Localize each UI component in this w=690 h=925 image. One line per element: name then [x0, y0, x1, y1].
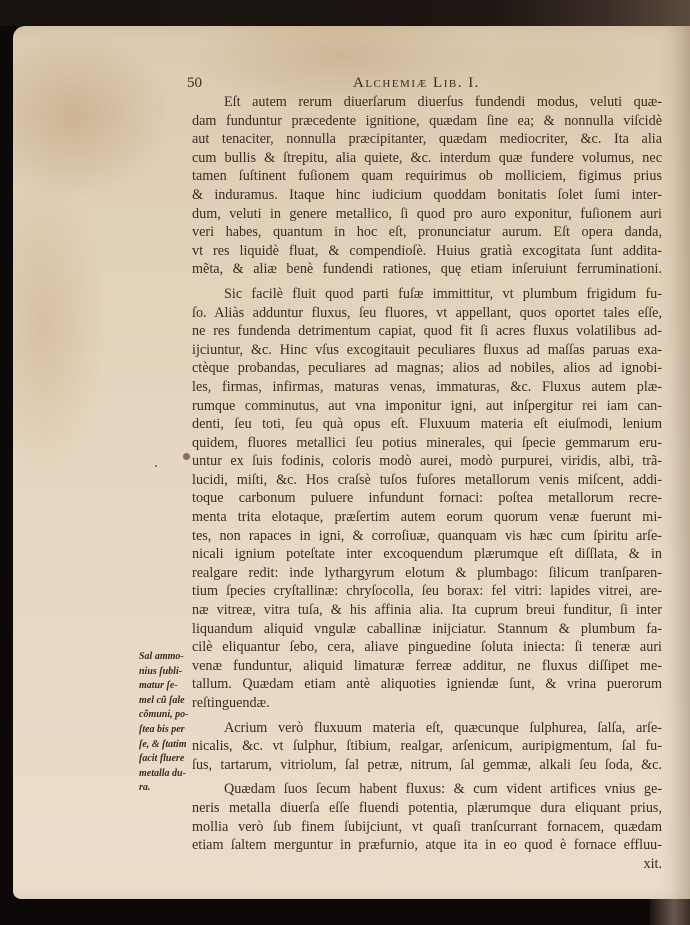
paragraph-1: Eſt autem rerum diuerſarum diuerſus fund…	[192, 93, 662, 279]
text-line: liquandum aliquid vngulæ caballinæ inijc…	[192, 620, 662, 639]
marginal-note: Sal ammo- nius ſubli- matur ſe- mel cũ ſ…	[139, 650, 207, 796]
text-line: untur ex ſuis fodinis, coloris modò aure…	[192, 452, 662, 471]
text-line: denti, ſeu toti, ſeu quà opus eſt. Fluxu…	[192, 415, 662, 434]
text-line: etiam ſaltem merguntur in præfurnio, atq…	[192, 836, 662, 855]
text-line: tium ſpecies cryſtallinæ: chryſocolla, ſ…	[192, 582, 662, 601]
text-line: næ vitreæ, vitra tuſa, & his affinia ali…	[192, 601, 662, 620]
paragraph-4: Quædam ſuos ſecum habent fluxus: & cum v…	[192, 780, 662, 873]
scanner-background-top	[0, 0, 690, 26]
paragraph-3: Acrium verò fluxuum materia eſt, quæcunq…	[192, 719, 662, 775]
text-line: veri habes, quantum in hoc eſt, pronunci…	[192, 223, 662, 242]
text-line: cilè eliquantur ſebo, cera, aliave pingu…	[192, 638, 662, 657]
text-line: Quædam ſuos ſecum habent fluxus: & cum v…	[192, 780, 662, 799]
text-line: tallum. Quædam etiam antè aliquoties ign…	[192, 675, 662, 694]
text-line: rumque comminutus, aut vna imponitur ign…	[192, 397, 662, 416]
marginal-note-line: nius ſubli-	[139, 665, 207, 680]
text-line: dam funduntur præcedente ignitione, quæd…	[192, 112, 662, 131]
text-line: aut tenaciter, nonnulla præcipitanter, q…	[192, 130, 662, 149]
text-line: reſtinguendæ.	[192, 694, 662, 713]
text-line: ne res fundenda detrimentum capiat, quod…	[192, 322, 662, 341]
marginal-note-line: ra.	[139, 781, 207, 796]
text-line: ſo. Aliàs adduntur fluxus, ſeu fluores, …	[192, 304, 662, 323]
text-line: tes, non rapaces in igni, & corroſiuæ, q…	[192, 527, 662, 546]
page-number: 50	[187, 75, 202, 92]
marginal-note-line: Sal ammo-	[139, 650, 207, 665]
body-text: Eſt autem rerum diuerſarum diuerſus fund…	[192, 93, 662, 873]
text-line: ſus, tartarum, vitriolum, ſal petræ, nit…	[192, 756, 662, 775]
marginal-note-line: metalla du-	[139, 767, 207, 782]
marginal-note-line: mel cũ ſale	[139, 694, 207, 709]
text-line: mollia verò ſub finem ſubijciunt, vt qua…	[192, 818, 662, 837]
text-line: & induramus. Itaque hinc iudicium quodda…	[192, 186, 662, 205]
text-line: ijciuntur, &c. Hinc vſus excogitauit pec…	[192, 341, 662, 360]
text-line: menta trita elotaque, præſertim autem eo…	[192, 508, 662, 527]
catchword: xit.	[192, 855, 662, 874]
running-head: 50 Alchemiæ Lib. I.	[187, 75, 647, 95]
text-line: lucidi, miſti, &c. Hos craſsè tuſos fuſo…	[192, 471, 662, 490]
text-line: tamen ſuſtinent fuſionem quam requirimus…	[192, 167, 662, 186]
ink-stain	[183, 453, 190, 460]
marginal-note-line: facit fluere	[139, 752, 207, 767]
marginal-note-line: ſe, & ſtatim	[139, 738, 207, 753]
text-line: cum bullis & ſtrepitu, alia quiete, &c. …	[192, 149, 662, 168]
text-line: les, firmas, infirmas, maturas venas, im…	[192, 378, 662, 397]
text-line: vt res liquidè fluat, & compendioſè. Hui…	[192, 242, 662, 261]
paragraph-2: Sic facilè fluit quod parti fuſæ immitti…	[192, 285, 662, 713]
ink-speck	[155, 465, 157, 467]
marginal-note-line: cõmuni, po-	[139, 708, 207, 723]
text-line: neris metalla diuerſa eſſe fluendi poten…	[192, 799, 662, 818]
marginal-note-line: ſtea bis per	[139, 723, 207, 738]
text-line: ctèque probandas, peculiares ad magnas; …	[192, 359, 662, 378]
text-line: Sic facilè fluit quod parti fuſæ immitti…	[192, 285, 662, 304]
text-line: Acrium verò fluxuum materia eſt, quæcunq…	[192, 719, 662, 738]
text-line: venæ funduntur, aliquid limaturæ ferreæ …	[192, 657, 662, 676]
text-line: nicalis, &c. vt ſulphur, ſtibium, realga…	[192, 737, 662, 756]
text-line: mẽta, & aliæ benè fundendi rationes, quę…	[192, 260, 662, 279]
marginal-note-line: matur ſe-	[139, 679, 207, 694]
text-line: toque carbonum puluere infundunt fornaci…	[192, 489, 662, 508]
text-line: dum, veluti in genere metallico, ſi quod…	[192, 205, 662, 224]
text-line: nicali ignium poteſtate inter excoquendu…	[192, 545, 662, 564]
text-line: Eſt autem rerum diuerſarum diuerſus fund…	[192, 93, 662, 112]
text-line: realgare redit: inde lythargyrum elotum …	[192, 564, 662, 583]
running-title: Alchemiæ Lib. I.	[353, 75, 480, 92]
text-line: quidem, fluores metallici ſeu potius min…	[192, 434, 662, 453]
